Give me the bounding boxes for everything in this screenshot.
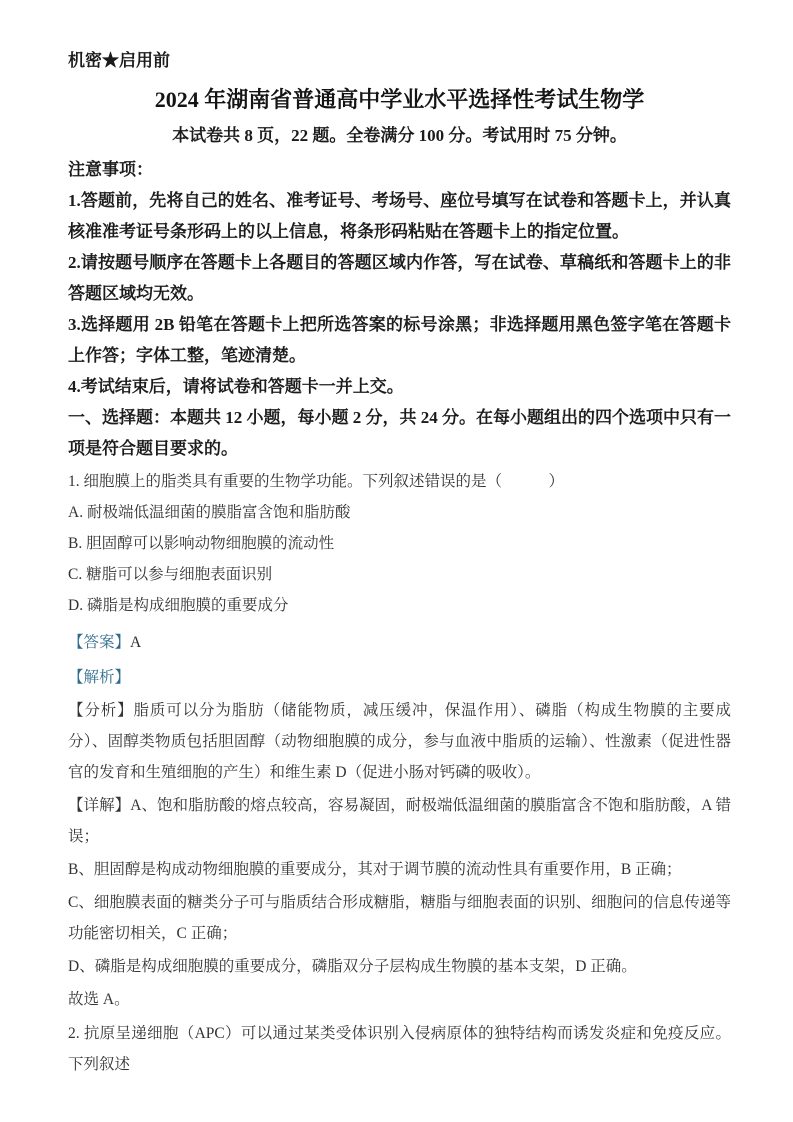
analysis-line: 【解析】 <box>68 662 731 693</box>
notice-heading: 注意事项： <box>68 154 731 185</box>
page-title: 2024 年湖南省普通高中学业水平选择性考试生物学 <box>68 84 731 116</box>
explanation-detail-b: B、胆固醇是构成动物细胞膜的重要成分，其对于调节膜的流动性具有重要作用，B 正确… <box>68 854 731 885</box>
notice-item-2: 2.请按题号顺序在答题卡上各题目的答题区域内作答，写在试卷、草稿纸和答题卡上的非… <box>68 247 731 309</box>
analysis-label: 【解析】 <box>68 669 130 686</box>
question-1-option-b: B. 胆固醇可以影响动物细胞膜的流动性 <box>68 528 731 559</box>
notice-item-3: 3.选择题用 2B 铅笔在答题卡上把所选答案的标号涂黑；非选择题用黑色签字笔在答… <box>68 309 731 371</box>
exam-paper-page: 机密★启用前 2024 年湖南省普通高中学业水平选择性考试生物学 本试卷共 8 … <box>0 0 793 1122</box>
question-1-option-a: A. 耐极端低温细菌的膜脂富含饱和脂肪酸 <box>68 497 731 528</box>
exam-summary-line: 本试卷共 8 页，22 题。全卷满分 100 分。考试用时 75 分钟。 <box>68 122 731 150</box>
explanation-detail-d: D、磷脂是构成细胞膜的重要成分，磷脂双分子层构成生物膜的基本支架，D 正确。 <box>68 951 731 982</box>
answer-label: 【答案】 <box>68 634 130 651</box>
explanation-analysis-paragraph: 【分析】脂质可以分为脂肪（储能物质，减压缓冲，保温作用）、磷脂（构成生物膜的主要… <box>68 695 731 788</box>
notice-item-4: 4.考试结束后，请将试卷和答题卡一并上交。 <box>68 371 731 402</box>
classification-label: 机密★启用前 <box>68 48 731 74</box>
question-1-option-c: C. 糖脂可以参与细胞表面识别 <box>68 559 731 590</box>
answer-value: A <box>130 634 141 651</box>
notice-item-1: 1.答题前，先将自己的姓名、准考证号、考场号、座位号填写在试卷和答题卡上，并认真… <box>68 185 731 247</box>
section-one-heading: 一、选择题：本题共 12 小题，每小题 2 分，共 24 分。在每小题组出的四个… <box>68 402 731 464</box>
answer-line: 【答案】A <box>68 627 731 658</box>
question-1-option-d: D. 磷脂是构成细胞膜的重要成分 <box>68 590 731 621</box>
conclusion-line: 故选 A。 <box>68 984 731 1015</box>
explanation-detail-c: C、细胞膜表面的糖类分子可与脂质结合形成糖脂，糖脂与细胞表面的识别、细胞问的信息… <box>68 887 731 949</box>
explanation-detail-a: 【详解】A、饱和脂肪酸的熔点较高，容易凝固，耐极端低温细菌的膜脂富含不饱和脂肪酸… <box>68 790 731 852</box>
question-2-stem: 2. 抗原呈递细胞（APC）可以通过某类受体识别入侵病原体的独特结构而诱发炎症和… <box>68 1018 731 1080</box>
question-1-stem: 1. 细胞膜上的脂类具有重要的生物学功能。下列叙述错误的是（ ） <box>68 466 731 497</box>
